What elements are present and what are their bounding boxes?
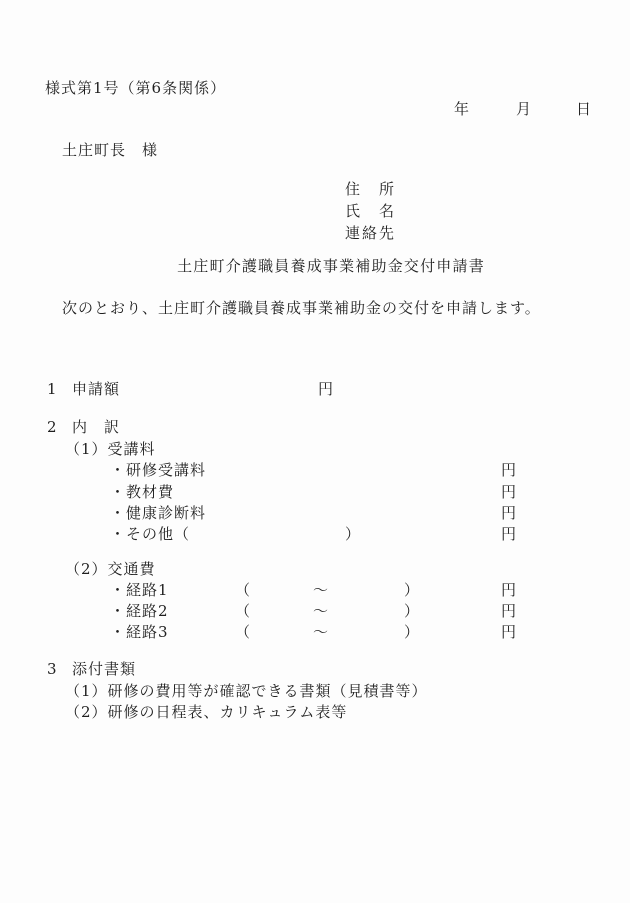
date-month-label: 月 bbox=[516, 101, 532, 117]
attachment-item: （1）研修の費用等が確認できる書類（見積書等） bbox=[65, 683, 428, 699]
transport-row-close-paren: ） bbox=[404, 603, 420, 619]
tuition-row-label: ・健康診断料 bbox=[110, 505, 206, 521]
section1-number: 1 bbox=[47, 381, 58, 397]
transport-row-close-paren: ） bbox=[404, 582, 420, 598]
section3-number: 3 bbox=[47, 661, 58, 677]
addressee: 土庄町長 様 bbox=[62, 142, 158, 158]
section1-label: 申請額 bbox=[72, 381, 120, 397]
tuition-heading: （1）受講料 bbox=[65, 441, 156, 457]
transport-row-label: ・経路2 bbox=[110, 603, 169, 619]
applicant-contact-label: 連絡先 bbox=[345, 225, 396, 241]
transport-row-tilde: ～ bbox=[313, 582, 329, 598]
form-number: 様式第1号（第6条関係） bbox=[45, 80, 226, 96]
transport-row-tilde: ～ bbox=[313, 603, 329, 619]
date-year-label: 年 bbox=[454, 101, 470, 117]
document-title: 土庄町介護職員養成事業補助金交付申請書 bbox=[32, 258, 630, 274]
tuition-row-label: ・教材費 bbox=[110, 484, 174, 500]
section3-label: 添付書類 bbox=[72, 661, 136, 677]
transport-row-tilde: ～ bbox=[313, 624, 329, 640]
transport-row-open-paren: （ bbox=[235, 582, 251, 598]
transport-heading: （2）交通費 bbox=[65, 561, 156, 577]
section2-number: 2 bbox=[47, 419, 58, 435]
transport-row-yen-unit: 円 bbox=[501, 582, 517, 598]
transport-row-label: ・経路3 bbox=[110, 624, 169, 640]
tuition-row-yen-unit: 円 bbox=[501, 505, 517, 521]
date-day-label: 日 bbox=[576, 101, 592, 117]
tuition-row-yen-unit: 円 bbox=[501, 526, 517, 542]
intro-sentence: 次のとおり、土庄町介護職員養成事業補助金の交付を申請します。 bbox=[62, 300, 541, 316]
transport-row-close-paren: ） bbox=[404, 624, 420, 640]
transport-row-yen-unit: 円 bbox=[501, 624, 517, 640]
tuition-row-yen-unit: 円 bbox=[501, 484, 517, 500]
section2-label: 内 訳 bbox=[72, 419, 120, 435]
applicant-address-label: 住 所 bbox=[345, 181, 396, 197]
attachment-item: （2）研修の日程表、カリキュラム表等 bbox=[65, 704, 347, 720]
applicant-name-label: 氏 名 bbox=[345, 203, 396, 219]
tuition-row-yen-unit: 円 bbox=[501, 462, 517, 478]
application-form-page: 様式第1号（第6条関係） 年 月 日 土庄町長 様 住 所 氏 名 連絡先 土庄… bbox=[0, 0, 630, 903]
transport-row-open-paren: （ bbox=[235, 603, 251, 619]
tuition-row-close-paren: ） bbox=[345, 526, 361, 542]
tuition-row-label: ・その他（ bbox=[110, 526, 190, 542]
transport-row-yen-unit: 円 bbox=[501, 603, 517, 619]
transport-row-label: ・経路1 bbox=[110, 582, 169, 598]
section1-yen-unit: 円 bbox=[318, 381, 334, 397]
transport-row-open-paren: （ bbox=[235, 624, 251, 640]
tuition-row-label: ・研修受講料 bbox=[110, 462, 206, 478]
